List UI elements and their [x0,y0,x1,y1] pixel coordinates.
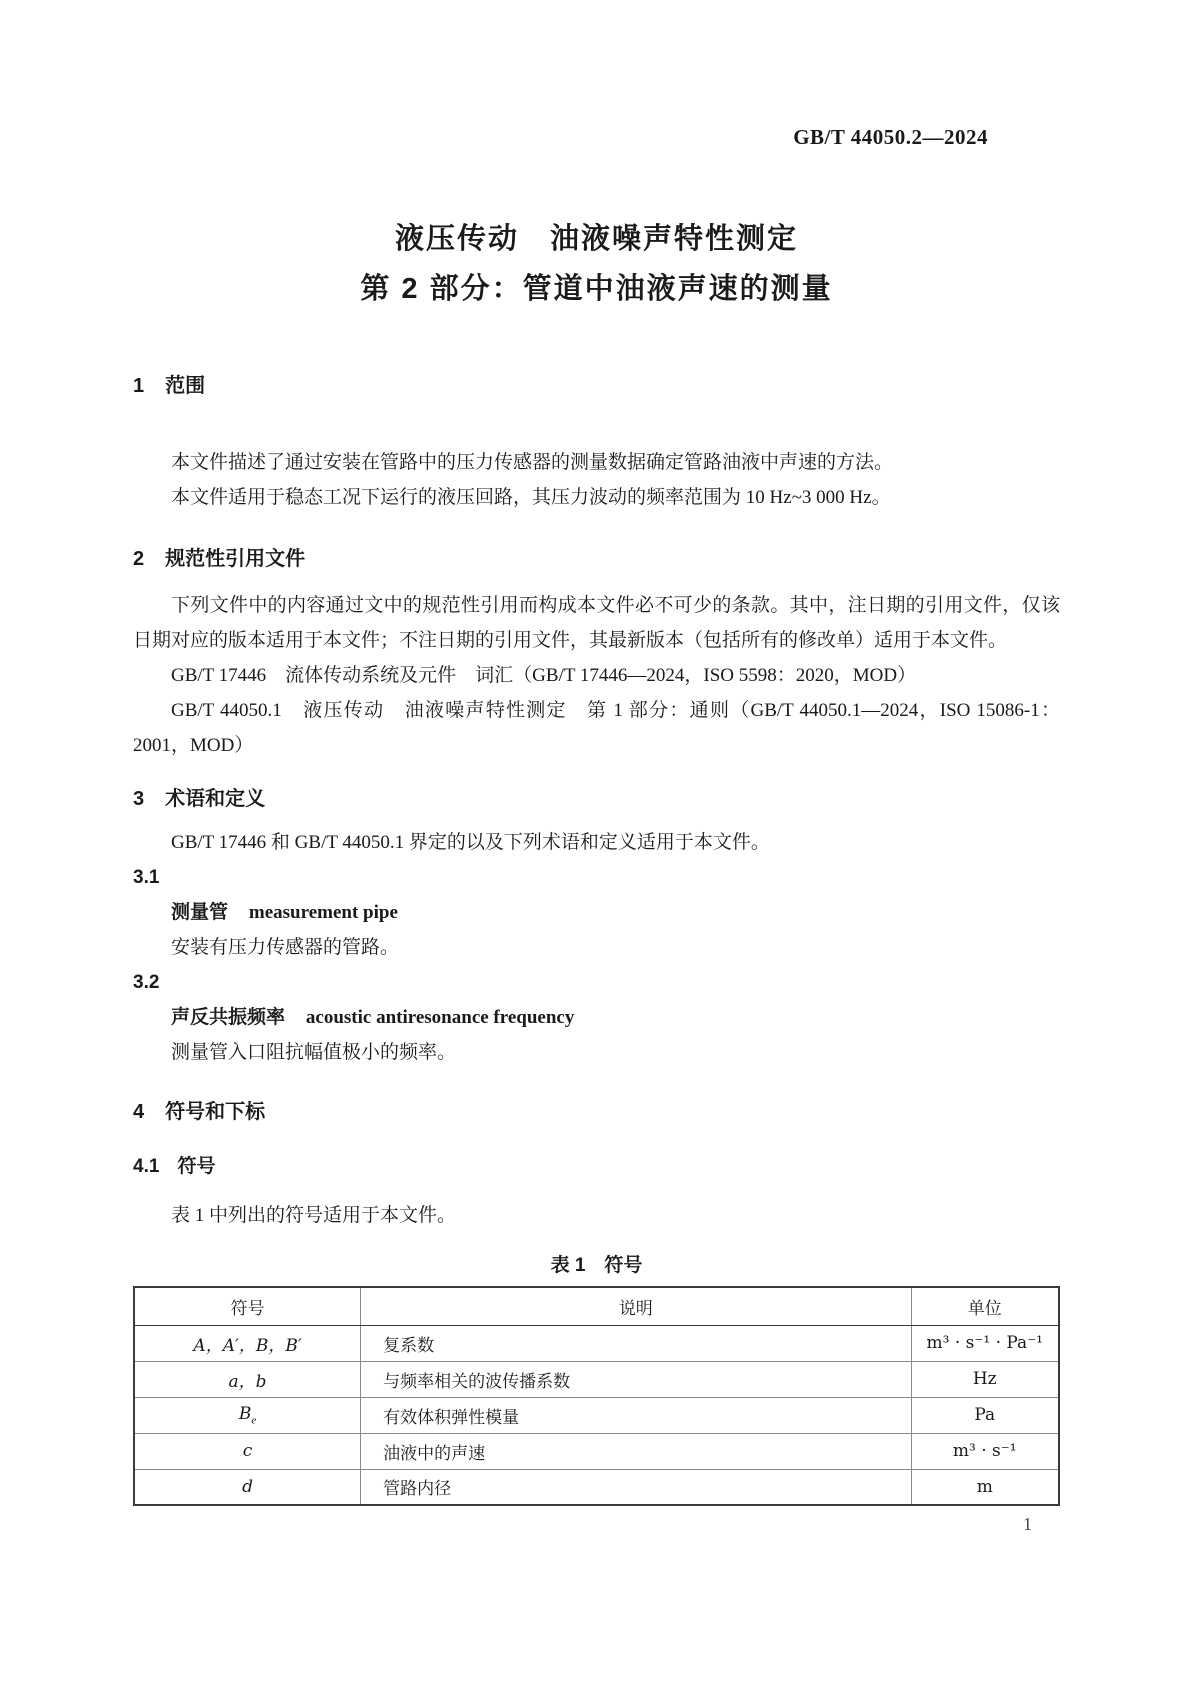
section-4-1-number: 4.1 [133,1154,159,1180]
symbol-text: A，A′，B，B′ [193,1336,301,1356]
section-4-1-title: 符号 [177,1156,215,1177]
unit-text: m³ · s⁻¹ [953,1441,1017,1461]
unit-text: Hz [973,1369,997,1389]
normative-reference-1: GB/T 17446 流体传动系统及元件 词汇（GB/T 17446—2024，… [133,658,1060,693]
term-3-1-zh: 测量管 [171,902,228,923]
section-3-number: 3 [133,785,144,813]
term-3-2-number: 3.2 [133,965,1060,1000]
title-line-2: 第 2 部分：管道中油液声速的测量 [133,264,1060,314]
doc-code: GB/T 44050.2—2024 [133,126,1060,148]
normative-reference-2: GB/T 44050.1 液压传动 油液噪声特性测定 第 1 部分：通则（GB/… [133,693,1060,763]
document-page: GB/T 44050.2—2024 液压传动 油液噪声特性测定 第 2 部分：管… [0,0,1191,1685]
document-title: 液压传动 油液噪声特性测定 第 2 部分：管道中油液声速的测量 [133,214,1060,314]
symbol-cell: Be [134,1397,361,1433]
symbol-cell: a，b [134,1361,361,1397]
unit-cell: m [911,1469,1059,1505]
section-1-number: 1 [133,372,144,400]
table-row: A，A′，B，B′ 复系数 m³ · s⁻¹ · Pa⁻¹ [134,1325,1059,1361]
unit-cell: m³ · s⁻¹ · Pa⁻¹ [911,1325,1059,1361]
symbol-cell: d [134,1469,361,1505]
symbol-cell: c [134,1433,361,1469]
description-cell: 与频率相关的波传播系数 [361,1361,911,1397]
symbol-subscript: e [251,1414,256,1426]
table-header-unit: 单位 [911,1287,1059,1325]
term-3-1-en: measurement pipe [249,902,398,923]
term-3-2-title: 声反共振频率acoustic antiresonance frequency [133,1000,1060,1035]
unit-text: Pa [974,1405,995,1425]
term-3-1-definition: 安装有压力传感器的管路。 [133,930,1060,965]
section-1-title: 范围 [165,375,205,397]
table-header-description: 说明 [361,1287,911,1325]
unit-cell: m³ · s⁻¹ [911,1433,1059,1469]
title-line-1: 液压传动 油液噪声特性测定 [133,214,1060,264]
description-cell: 油液中的声速 [361,1433,911,1469]
page-number: 1 [133,1514,1060,1534]
section-2-heading: 2规范性引用文件 [133,545,1060,573]
description-cell: 复系数 [361,1325,911,1361]
section-4-number: 4 [133,1098,144,1126]
section-3-paragraph-1: GB/T 17446 和 GB/T 44050.1 界定的以及下列术语和定义适用… [133,825,1060,860]
unit-text: m [977,1477,993,1497]
section-3-heading: 3术语和定义 [133,785,1060,813]
unit-cell: Pa [911,1397,1059,1433]
table-row: c 油液中的声速 m³ · s⁻¹ [134,1433,1059,1469]
unit-cell: Hz [911,1361,1059,1397]
symbol-text: a，b [229,1372,267,1392]
description-cell: 管路内径 [361,1469,911,1505]
term-3-2-zh: 声反共振频率 [171,1007,285,1028]
term-3-2-en: acoustic antiresonance frequency [306,1007,574,1028]
section-4-title: 符号和下标 [165,1101,265,1123]
table-row: Be 有效体积弹性模量 Pa [134,1397,1059,1433]
section-1-paragraph-1: 本文件描述了通过安装在管路中的压力传感器的测量数据确定管路油液中声速的方法。 [133,445,1060,480]
term-3-1-number: 3.1 [133,860,1060,895]
unit-text: m³ · s⁻¹ · Pa⁻¹ [927,1333,1043,1353]
term-3-2-definition: 测量管入口阻抗幅值极小的频率。 [133,1035,1060,1070]
section-4-heading: 4符号和下标 [133,1098,1060,1126]
section-4-1-heading: 4.1符号 [133,1154,1060,1180]
description-cell: 有效体积弹性模量 [361,1397,911,1433]
table-row: a，b 与频率相关的波传播系数 Hz [134,1361,1059,1397]
section-2-paragraph-1: 下列文件中的内容通过文中的规范性引用而构成本文件必不可少的条款。其中，注日期的引… [133,588,1060,658]
table-header-symbol: 符号 [134,1287,361,1325]
symbol-text: B [239,1404,252,1424]
table-row: d 管路内径 m [134,1469,1059,1505]
table-header-row: 符号 说明 单位 [134,1287,1059,1325]
section-2-title: 规范性引用文件 [165,548,305,570]
section-2-number: 2 [133,545,144,573]
symbol-text: d [242,1477,253,1497]
section-1-paragraph-2: 本文件适用于稳态工况下运行的液压回路，其压力波动的频率范围为 10 Hz~3 0… [133,480,1060,515]
symbols-table: 符号 说明 单位 A，A′，B，B′ 复系数 m³ · s⁻¹ · Pa⁻¹ a… [133,1286,1060,1506]
table-1-caption: 表 1 符号 [133,1253,1060,1278]
section-4-1-paragraph-1: 表 1 中列出的符号适用于本文件。 [133,1198,1060,1233]
symbol-cell: A，A′，B，B′ [134,1325,361,1361]
section-1-heading: 1范围 [133,372,1060,400]
term-3-1-title: 测量管measurement pipe [133,895,1060,930]
section-3-title: 术语和定义 [165,788,265,810]
symbol-text: c [243,1441,253,1461]
